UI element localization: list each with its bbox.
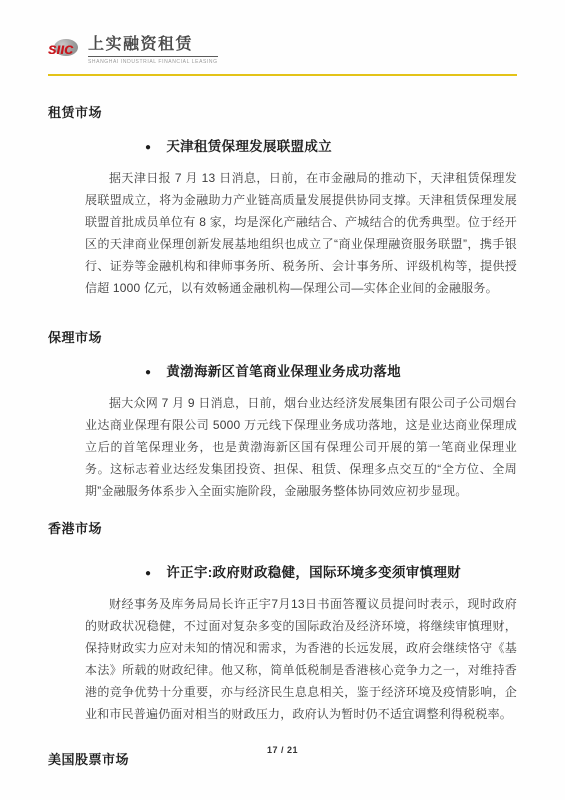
section-title-leasing-market: 租赁市场 [48, 102, 517, 121]
news-headline: ● 许正宇:政府财政稳健，国际环境多变须审慎理财 [145, 561, 517, 581]
news-body: 财经事务及库务局局长许正宇7月13日书面答覆议员提问时表示，现时政府的财政状况稳… [85, 593, 517, 725]
bullet-icon: ● [145, 568, 151, 579]
news-headline-text: 黄渤海新区首笔商业保理业务成功落地 [166, 360, 401, 380]
news-headline-text: 许正宇:政府财政稳健，国际环境多变须审慎理财 [166, 561, 461, 581]
company-name-english: SHANGHAI INDUSTRIAL FINANCIAL LEASING [88, 59, 218, 65]
company-name: 上实融资租赁 [88, 36, 218, 57]
document-page: SIIC 上实融资租赁 SHANGHAI INDUSTRIAL FINANCIA… [0, 0, 565, 800]
siic-logo-icon: SIIC [48, 38, 82, 60]
page-number: 17 / 21 [267, 745, 298, 755]
news-body: 据天津日报 7 月 13 日消息，日前，在市金融局的推动下，天津租赁保理发展联盟… [85, 167, 517, 299]
news-headline-text: 天津租赁保理发展联盟成立 [166, 135, 332, 155]
section-title-factoring-market: 保理市场 [48, 327, 517, 346]
company-logo: SIIC 上实融资租赁 SHANGHAI INDUSTRIAL FINANCIA… [48, 36, 517, 65]
news-headline: ● 天津租赁保理发展联盟成立 [145, 135, 517, 155]
news-headline: ● 黄渤海新区首笔商业保理业务成功落地 [145, 360, 517, 380]
logo-siic-text: SIIC [48, 43, 73, 57]
newsletter-content: 租赁市场 ● 天津租赁保理发展联盟成立 据天津日报 7 月 13 日消息，日前，… [0, 102, 565, 768]
section-title-hongkong-market: 香港市场 [48, 518, 517, 537]
page-header: SIIC 上实融资租赁 SHANGHAI INDUSTRIAL FINANCIA… [0, 0, 565, 76]
page-footer: 17 / 21 [0, 740, 565, 758]
bullet-icon: ● [145, 142, 151, 153]
news-body: 据大众网 7 月 9 日消息，日前，烟台业达经济发展集团有限公司子公司烟台业达商… [85, 392, 517, 502]
header-divider [48, 74, 517, 76]
bullet-icon: ● [145, 367, 151, 378]
logo-text-block: 上实融资租赁 SHANGHAI INDUSTRIAL FINANCIAL LEA… [88, 36, 218, 65]
